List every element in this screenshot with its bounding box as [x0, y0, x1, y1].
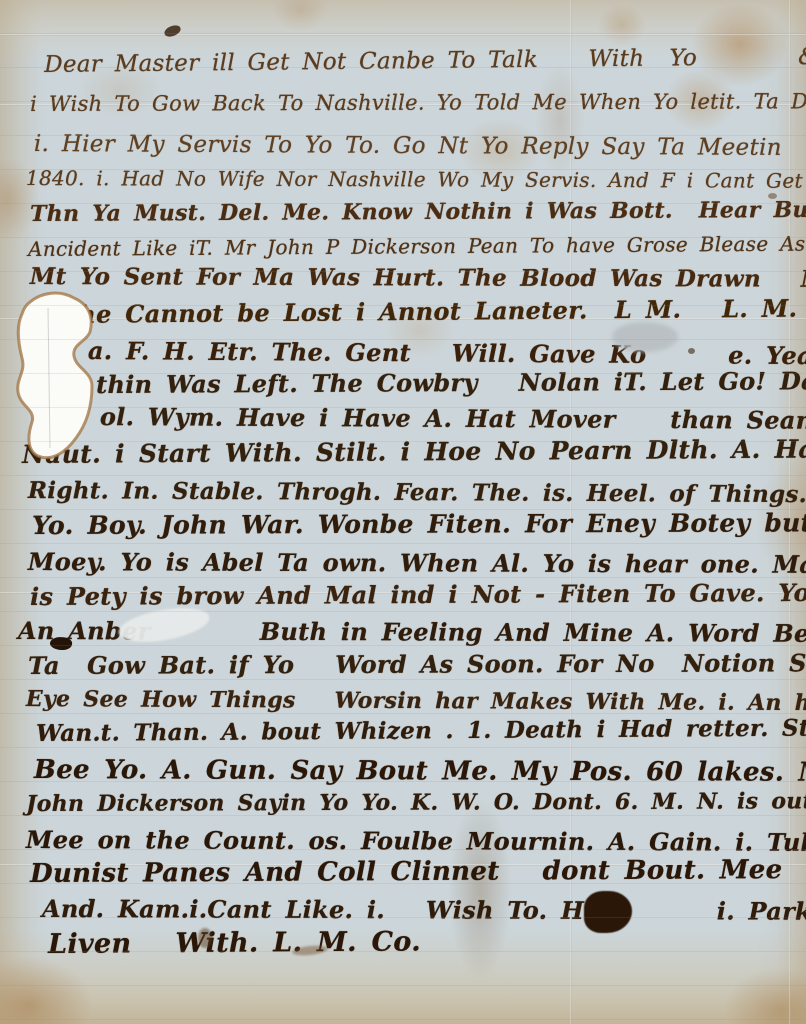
- ink-smear: [198, 928, 212, 948]
- letter-line: i. Hier My Servis To Yo To. Go Nt Yo Rep…: [34, 131, 782, 161]
- letter-line: Dear Master ill Get Not Canbe To Talk Wi…: [44, 44, 806, 78]
- letter-line: Wan.t. Than. A. bout Whizen . 1. Death i…: [36, 714, 806, 747]
- letter-line: Moey. Yo is Abel Ta own. When Al. Yo is …: [28, 547, 806, 579]
- letter-line: Mt Yo Sent For Ma Was Hurt. The Blood Wa…: [30, 263, 806, 293]
- grey-smudge: [612, 322, 678, 352]
- ink-spot: [688, 348, 695, 354]
- letter-photo: Dear Master ill Get Not Canbe To Talk Wi…: [0, 0, 806, 1024]
- letter-line: Yo. Boy. John War. Wonbe Fiten. For Eney…: [32, 508, 806, 540]
- letter-line: Mee on the Count. os. Foulbe Mournin. A.…: [26, 825, 806, 857]
- letter-line: Liven With. L. M. Co.: [48, 926, 421, 960]
- letter-paper: Dear Master ill Get Not Canbe To Talk Wi…: [0, 0, 806, 1024]
- letter-line: Eye See How Things Worsin har Makes With…: [26, 686, 806, 716]
- torn-hole: [8, 288, 118, 478]
- letter-line: is Pety is brow And Mal ind i Not - Fite…: [30, 578, 806, 611]
- letter-line: ol. Wym. Have i Have A. Hat Mover than S…: [100, 402, 806, 435]
- letter-line: And. Kam.i.Cant Like. i. Wish To. How i.…: [42, 894, 806, 926]
- letter-line: a. F. H. Etr. The. Gent Will. Gave Ko e.…: [88, 336, 806, 370]
- letter-line: Dunist Panes And Coll Clinnet dont Bout.…: [30, 855, 783, 889]
- ink-blot: [163, 23, 183, 39]
- letter-line: Bee Yo. A. Gun. Say Bout Me. My Pos. 60 …: [34, 755, 806, 788]
- letter-line: Naut. i Start With. Stilt. i Hoe No Pear…: [22, 434, 806, 469]
- letter-line: Ta Gow Bat. if Yo Word As Soon. For No N…: [28, 648, 806, 680]
- ink-spot: [768, 193, 777, 199]
- letter-line: The Cannot be Lost i Annot Laneter. L M.…: [60, 293, 806, 329]
- letter-line: Right. In. Stable. Throgh. Fear. The. is…: [28, 477, 806, 509]
- letter-line: Ancident Like iT. Mr John P Dickerson Pe…: [28, 231, 806, 261]
- letter-line: thin Was Left. The Cowbry Nolan iT. Let …: [96, 366, 806, 399]
- letter-line: 1840. i. Had No Wife Nor Nashville Wo My…: [26, 166, 806, 193]
- letter-line: i Wish To Gow Back To Nashville. Yo Told…: [30, 89, 806, 116]
- letter-line: Thn Ya Must. Del. Me. Know Nothin i Was …: [30, 196, 806, 227]
- letter-line: John Dickerson Sayin Yo Yo. K. W. O. Don…: [26, 788, 806, 817]
- ink-blot: [584, 891, 632, 933]
- fold-crease: [0, 34, 806, 36]
